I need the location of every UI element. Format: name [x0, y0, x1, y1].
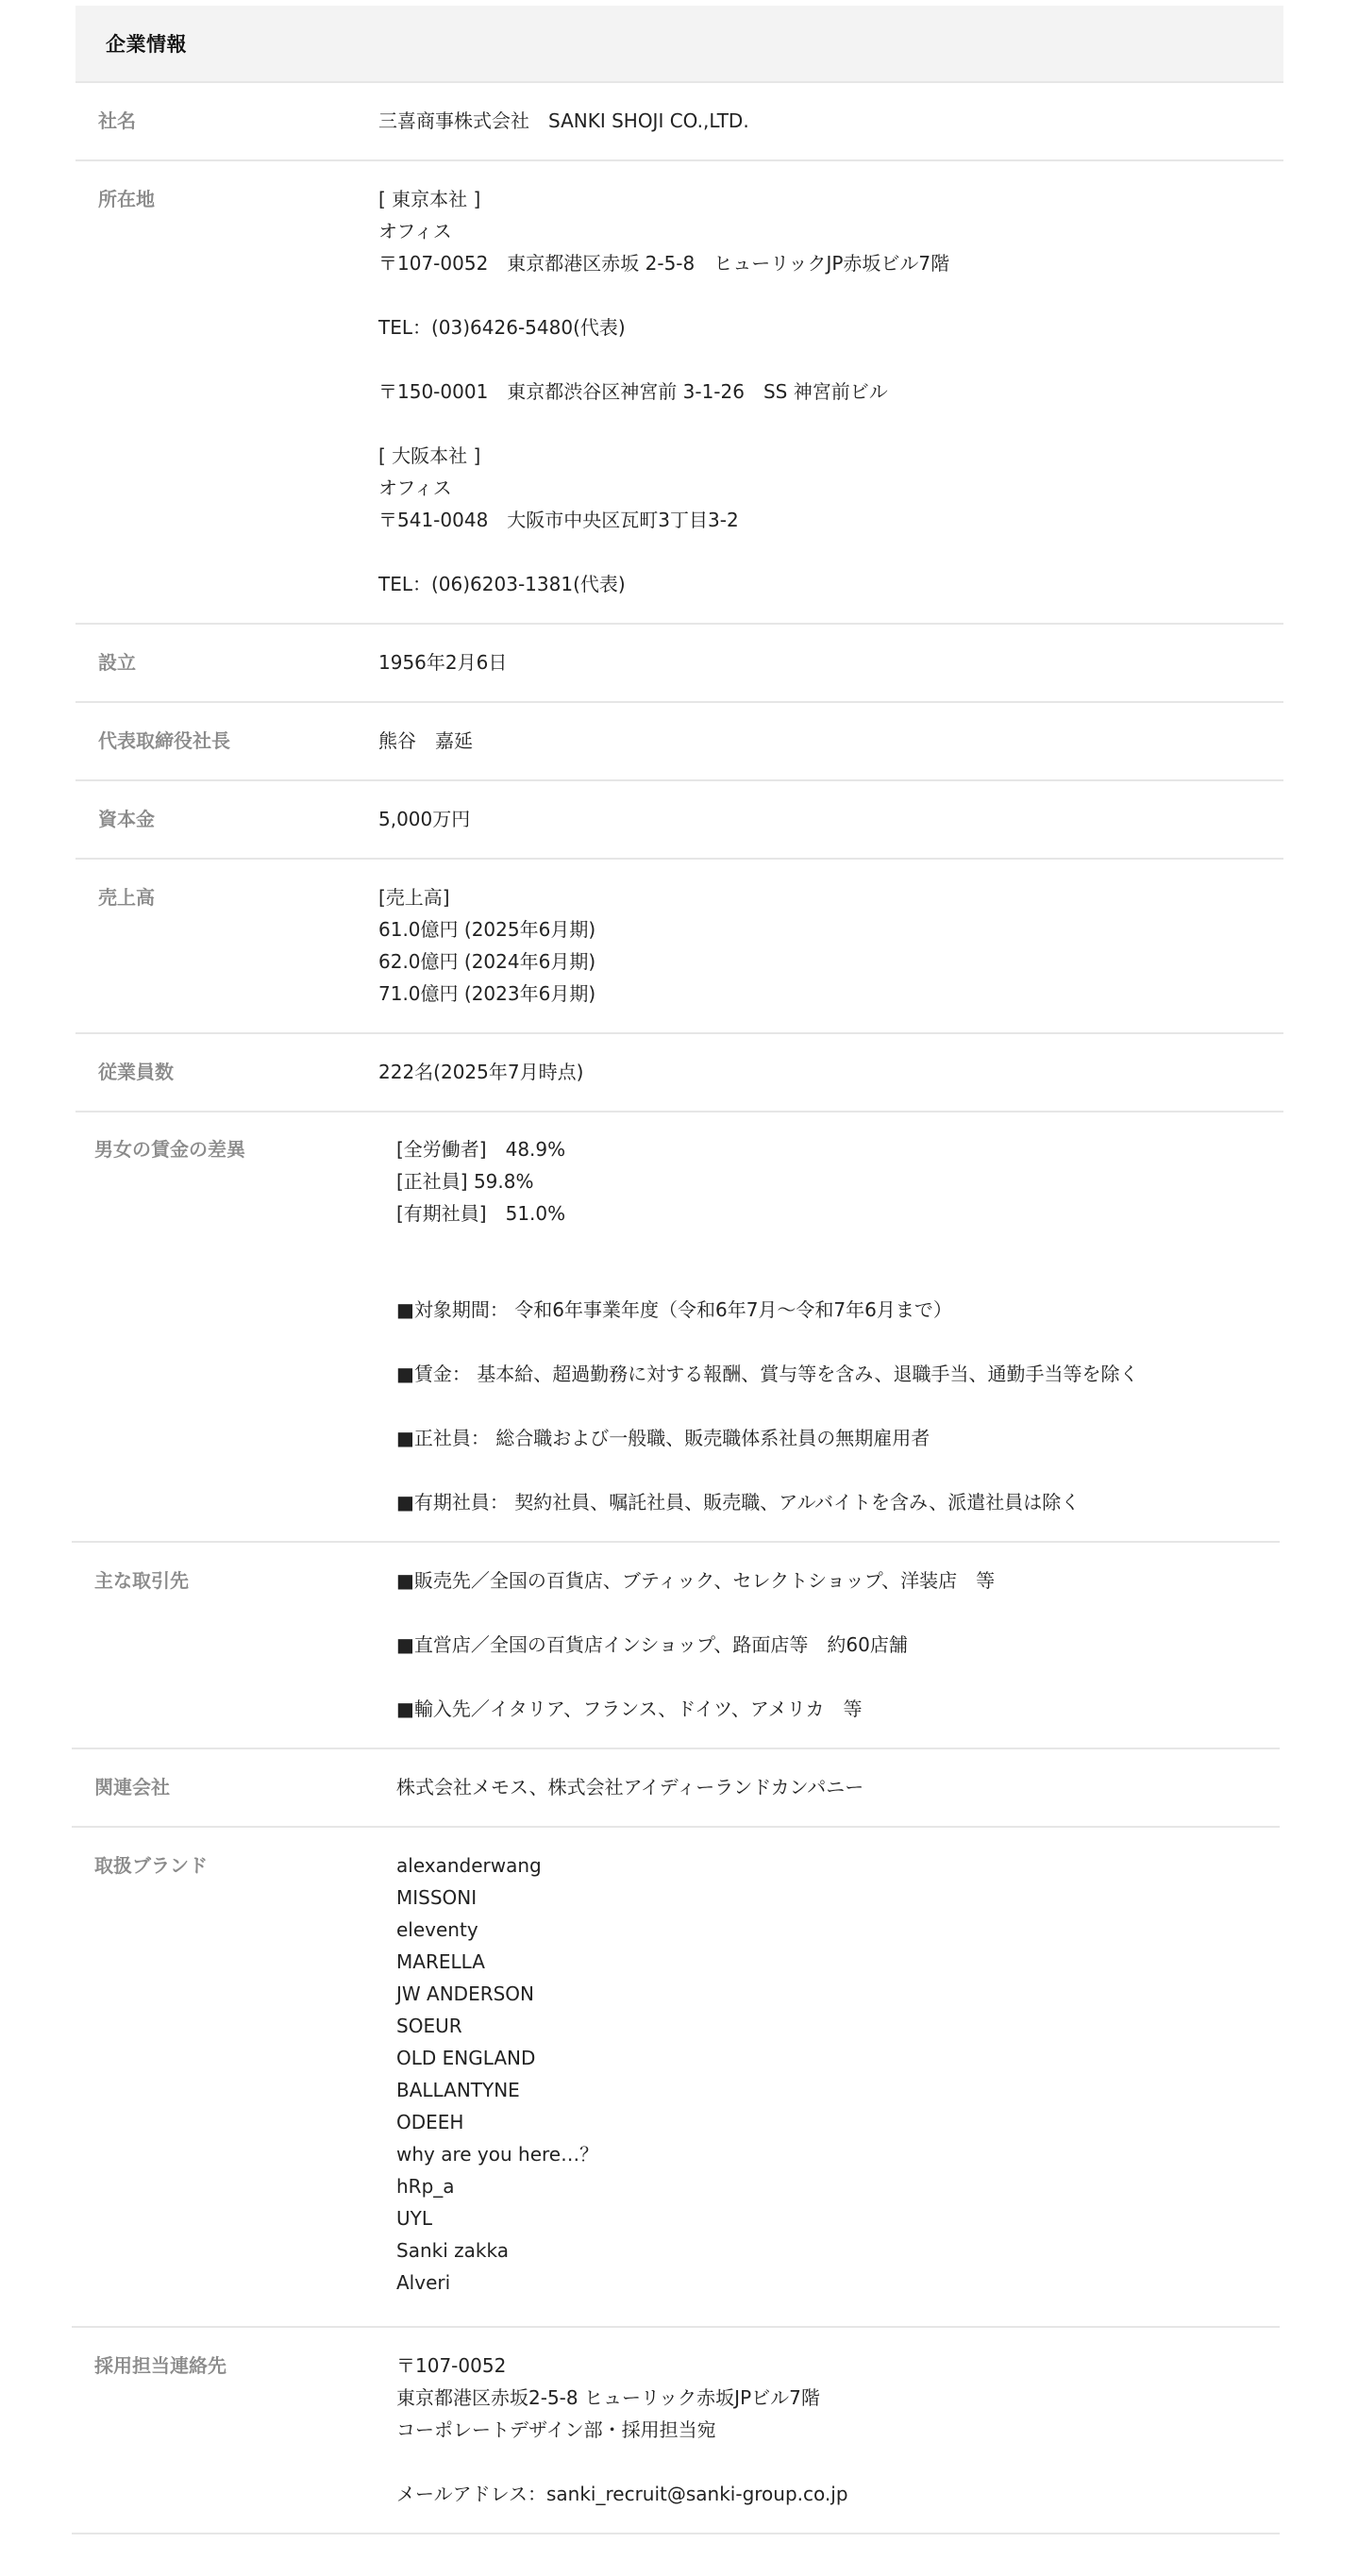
value-line: ■対象期間： 令和6年事業年度（令和6年7月～令和7年6月まで） [396, 1294, 1138, 1326]
row-label: 採用担当連絡先 [72, 2350, 396, 2510]
row-value: ■販売先／全国の百貨店、ブティック、セレクトショップ、洋装店 等■直営店／全国の… [396, 1564, 995, 1725]
row-value: 5,000万円 [378, 803, 470, 835]
row-label: 代表取締役社長 [75, 725, 378, 757]
value-line: 5,000万円 [378, 803, 470, 835]
value-line: UYL [396, 2202, 598, 2234]
row-label: 社名 [75, 105, 378, 137]
value-line [396, 1326, 1138, 1358]
value-line [396, 1661, 995, 1693]
row-value: [ 東京本社 ]オフィス〒107-0052 東京都港区赤坂 2-5-8 ヒューリ… [378, 183, 949, 600]
value-line: TEL：(03)6426-5480(代表) [378, 311, 949, 343]
row-established: 設立 1956年2月6日 [75, 625, 1283, 703]
value-line [396, 1262, 1138, 1294]
value-line: ■販売先／全国の百貨店、ブティック、セレクトショップ、洋装店 等 [396, 1564, 995, 1597]
value-line: ■直営店／全国の百貨店インショップ、路面店等 約60店舗 [396, 1629, 995, 1661]
value-line: メールアドレス：sanki_recruit@sanki-group.co.jp [396, 2478, 848, 2510]
value-line: OLD ENGLAND [396, 2042, 598, 2074]
row-brands: 取扱ブランド alexanderwangMISSONIeleventyMAREL… [72, 1828, 1280, 2328]
value-line: 1956年2月6日 [378, 646, 507, 678]
value-line: [ 大阪本社 ] [378, 440, 949, 472]
value-line: TEL：(06)6203-1381(代表) [378, 568, 949, 600]
value-line: [売上高] [378, 881, 595, 913]
value-line: 〒541-0048 大阪市中央区瓦町3丁目3-2 [378, 504, 949, 536]
value-line: MISSONI [396, 1882, 598, 1914]
value-line: 222名(2025年7月時点) [378, 1056, 583, 1088]
value-line: Alveri [396, 2267, 598, 2299]
row-label: 売上高 [75, 881, 378, 1010]
value-line [396, 1454, 1138, 1486]
row-label: 所在地 [75, 183, 378, 600]
value-line: 71.0億円 (2023年6月期) [378, 978, 595, 1010]
value-line: ■輸入先／イタリア、フランス、ドイツ、アメリカ 等 [396, 1693, 995, 1725]
page-title: 企業情報 [106, 29, 187, 58]
value-line [378, 343, 949, 376]
row-label: 従業員数 [75, 1056, 378, 1088]
value-line: ■賃金： 基本給、超過勤務に対する報酬、賞与等を含み、退職手当、通勤手当等を除く [396, 1358, 1138, 1390]
row-label: 関連会社 [72, 1771, 396, 1803]
value-line: [正社員] 59.8% [396, 1165, 1138, 1197]
value-line: ODEEH [396, 2106, 598, 2138]
row-value: [全労働者] 48.9%[正社員] 59.8%[有期社員] 51.0%■対象期間… [396, 1133, 1138, 1518]
value-line: 三喜商事株式会社 SANKI SHOJI CO.,LTD. [378, 105, 749, 137]
row-affiliates: 関連会社 株式会社メモス、株式会社アイディーランドカンパニー [72, 1749, 1280, 1828]
row-value: [売上高]61.0億円 (2025年6月期)62.0億円 (2024年6月期)7… [378, 881, 595, 1010]
row-address: 所在地 [ 東京本社 ]オフィス〒107-0052 東京都港区赤坂 2-5-8 … [75, 161, 1283, 625]
value-line: 〒107-0052 [396, 2350, 848, 2382]
value-line: ■有期社員： 契約社員、嘱託社員、販売職、アルバイトを含み、派遣社員は除く [396, 1486, 1138, 1518]
value-line [396, 1390, 1138, 1422]
value-line [396, 1229, 1138, 1262]
value-line: alexanderwang [396, 1849, 598, 1882]
row-label: 取扱ブランド [72, 1849, 396, 2299]
value-line: [有期社員] 51.0% [396, 1197, 1138, 1229]
row-capital: 資本金 5,000万円 [75, 781, 1283, 860]
row-value: 熊谷 嘉延 [378, 725, 473, 757]
row-president: 代表取締役社長 熊谷 嘉延 [75, 703, 1283, 781]
value-line: [全労働者] 48.9% [396, 1133, 1138, 1165]
value-line [378, 408, 949, 440]
row-company-name: 社名 三喜商事株式会社 SANKI SHOJI CO.,LTD. [75, 83, 1283, 161]
row-clients: 主な取引先 ■販売先／全国の百貨店、ブティック、セレクトショップ、洋装店 等■直… [72, 1543, 1280, 1749]
value-line: why are you here…？ [396, 2138, 598, 2170]
value-line: hRp_a [396, 2170, 598, 2202]
value-line: 株式会社メモス、株式会社アイディーランドカンパニー [396, 1771, 863, 1803]
row-value: 〒107-0052東京都港区赤坂2-5-8 ヒューリック赤坂JPビル7階コーポレ… [396, 2350, 848, 2510]
row-value: 1956年2月6日 [378, 646, 507, 678]
value-line: MARELLA [396, 1946, 598, 1978]
value-line: オフィス [378, 472, 949, 504]
value-line: 〒150-0001 東京都渋谷区神宮前 3-1-26 SS 神宮前ビル [378, 376, 949, 408]
row-label: 男女の賃金の差異 [72, 1133, 396, 1518]
value-line: 61.0億円 (2025年6月期) [378, 913, 595, 945]
value-line [396, 1597, 995, 1629]
value-line: 熊谷 嘉延 [378, 725, 473, 757]
row-value: 三喜商事株式会社 SANKI SHOJI CO.,LTD. [378, 105, 749, 137]
row-sales: 売上高 [売上高]61.0億円 (2025年6月期)62.0億円 (2024年6… [75, 860, 1283, 1034]
row-employees: 従業員数 222名(2025年7月時点) [75, 1034, 1283, 1112]
row-label: 主な取引先 [72, 1564, 396, 1725]
row-label: 設立 [75, 646, 378, 678]
value-line: 東京都港区赤坂2-5-8 ヒューリック赤坂JPビル7階 [396, 2382, 848, 2414]
value-line [378, 536, 949, 568]
company-info-header: 企業情報 [75, 6, 1283, 83]
value-line: JW ANDERSON [396, 1978, 598, 2010]
brand-list: alexanderwangMISSONIeleventyMARELLAJW AN… [396, 1849, 598, 2299]
value-line: [ 東京本社 ] [378, 183, 949, 215]
row-recruit-contact: 採用担当連絡先 〒107-0052東京都港区赤坂2-5-8 ヒューリック赤坂JP… [72, 2328, 1280, 2534]
row-value: 222名(2025年7月時点) [378, 1056, 583, 1088]
value-line [378, 279, 949, 311]
value-line: ■正社員： 総合職および一般職、販売職体系社員の無期雇用者 [396, 1422, 1138, 1454]
value-line: 〒107-0052 東京都港区赤坂 2-5-8 ヒューリックJP赤坂ビル7階 [378, 247, 949, 279]
value-line: Sanki zakka [396, 2234, 598, 2267]
value-line: オフィス [378, 215, 949, 247]
value-line: eleventy [396, 1914, 598, 1946]
company-info-table-upper: 企業情報 社名 三喜商事株式会社 SANKI SHOJI CO.,LTD. 所在… [75, 6, 1283, 1112]
value-line: コーポレートデザイン部・採用担当宛 [396, 2414, 848, 2446]
value-line: 62.0億円 (2024年6月期) [378, 945, 595, 978]
value-line [396, 2446, 848, 2478]
row-label: 資本金 [75, 803, 378, 835]
value-line: SOEUR [396, 2010, 598, 2042]
company-info-table-lower: 男女の賃金の差異 [全労働者] 48.9%[正社員] 59.8%[有期社員] 5… [72, 1112, 1280, 2534]
row-value: 株式会社メモス、株式会社アイディーランドカンパニー [396, 1771, 863, 1803]
row-wage-gap: 男女の賃金の差異 [全労働者] 48.9%[正社員] 59.8%[有期社員] 5… [72, 1112, 1280, 1543]
value-line: BALLANTYNE [396, 2074, 598, 2106]
